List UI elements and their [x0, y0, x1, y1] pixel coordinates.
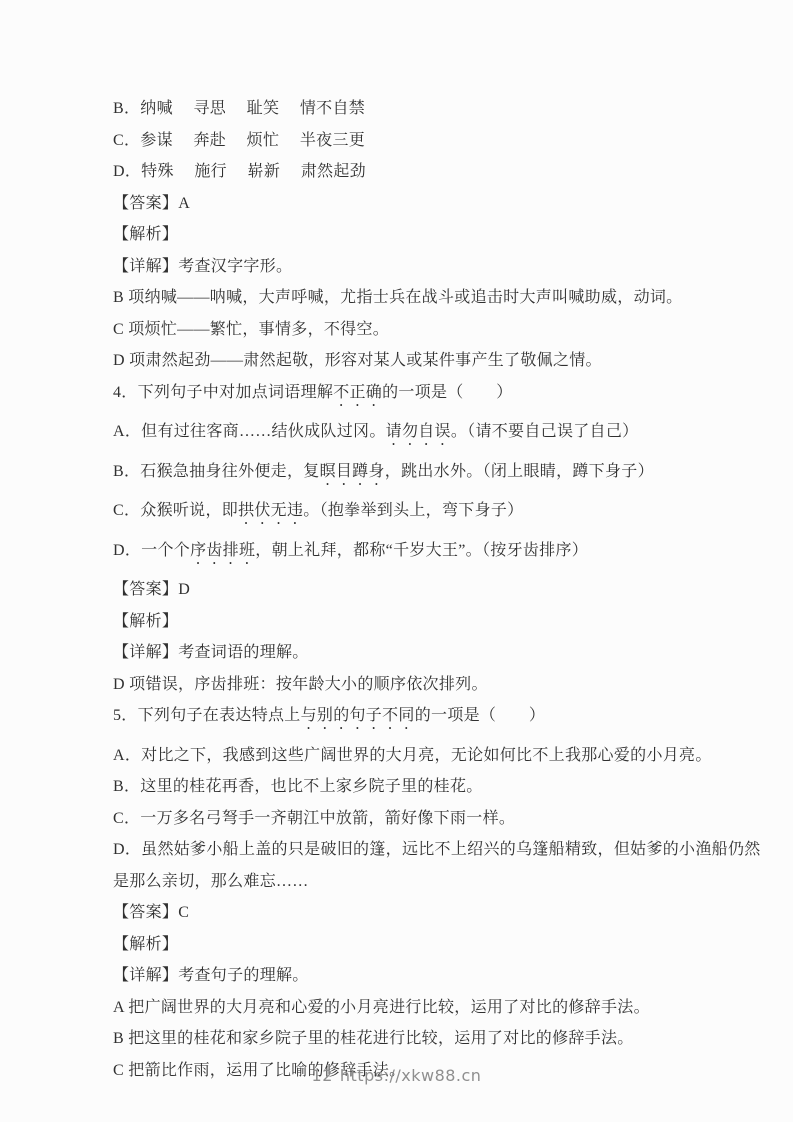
- text-run: C．参谋 奔赴 烦忙 半夜三更: [113, 132, 365, 149]
- text-run: D．特殊 施行 崭新 肃然起劲: [113, 163, 366, 180]
- text-run: A．但有过往客商……结伙成队过冈。: [113, 423, 386, 440]
- text-run: B．石猴急抽身往外便走，复: [113, 463, 320, 480]
- q4-detail: 【详解】考查词语的理解。: [113, 644, 781, 662]
- emphasized-text: 拱伏无违: [238, 502, 303, 519]
- text-run: B 把这里的桂花和家乡院子里的桂花进行比较，运用了对比的修辞手法。: [113, 1030, 634, 1047]
- q4-option-d: D．一个个序齿排班，朝上礼拜，都称“千岁大王”。（按牙齿排序）: [113, 542, 781, 568]
- text-run: B．这里的桂花再香，也比不上家乡院子里的桂花。: [113, 778, 483, 795]
- q3-answer: 【答案】A: [113, 195, 781, 213]
- text-run: 【解析】: [113, 613, 178, 630]
- text-run: C．一万多名弓弩手一齐朝江中放箭，箭好像下雨一样。: [113, 810, 515, 827]
- q4-option-b: B．石猴急抽身往外便走，复瞑目蹲身，跳出水外。（闭上眼睛，蹲下身子）: [113, 463, 781, 489]
- text-run: 的一项是（ ）: [382, 384, 512, 401]
- emphasized-text: 瞑目蹲身: [320, 463, 385, 480]
- footer-url: https://xkw88.cn: [340, 1066, 482, 1085]
- q5-option-b: B．这里的桂花再香，也比不上家乡院子里的桂花。: [113, 778, 781, 796]
- q5-explain-a: A 把广阔世界的大月亮和心爱的小月亮进行比较，运用了对比的修辞手法。: [113, 999, 781, 1017]
- text-run: A．对比之下，我感到这些广阔世界的大月亮，无论如何比不上我那心爱的小月亮。: [113, 747, 712, 764]
- q5-explain-b: B 把这里的桂花和家乡院子里的桂花进行比较，运用了对比的修辞手法。: [113, 1030, 781, 1048]
- q4-option-c: C．众猴听说，即拱伏无违。（抱拳举到头上，弯下身子）: [113, 502, 781, 528]
- text-run: 【解析】: [113, 226, 178, 243]
- text-run: D 项错误，序齿排班：按年龄大小的顺序依次排列。: [113, 676, 488, 693]
- text-run: 【答案】D: [113, 581, 190, 598]
- text-run: 【解析】: [113, 936, 178, 953]
- text-run: 【详解】考查词语的理解。: [113, 644, 309, 661]
- emphasized-text: 与别的句子不同: [301, 707, 415, 724]
- emphasized-text: 请勿自误: [386, 423, 451, 440]
- text-run: 。（请不要自己误了自己）: [451, 423, 639, 440]
- q5-analysis-label: 【解析】: [113, 936, 781, 954]
- q5-detail: 【详解】考查句子的理解。: [113, 967, 781, 985]
- text-run: 5．下列句子在表达特点上: [113, 707, 301, 724]
- q3-option-d: D．特殊 施行 崭新 肃然起劲: [113, 163, 781, 181]
- text-run: C．众猴听说，即: [113, 502, 238, 519]
- text-run: B 项纳喊——呐喊，大声呼喊，尤指士兵在战斗或追击时大声叫喊助威，动词。: [113, 289, 682, 306]
- q3-explain-d: D 项肃然起劲——肃然起敬，形容对某人或某件事产生了敬佩之情。: [113, 352, 781, 370]
- text-run: B．纳喊 寻思 耻笑 情不自禁: [113, 100, 365, 117]
- text-run: C 项烦忙——繁忙，事情多，不得空。: [113, 321, 389, 338]
- q3-detail: 【详解】考查汉字字形。: [113, 258, 781, 276]
- text-run: 的一项是（ ）: [415, 707, 545, 724]
- q4-explain-d: D 项错误，序齿排班：按年龄大小的顺序依次排列。: [113, 676, 781, 694]
- emphasized-text: 序齿排班: [190, 542, 255, 559]
- q5-stem: 5．下列句子在表达特点上与别的句子不同的一项是（ ）: [113, 707, 781, 733]
- q3-option-b: B．纳喊 寻思 耻笑 情不自禁: [113, 100, 781, 118]
- text-run: 4．下列句子中对加点词语理解: [113, 384, 333, 401]
- text-run: A 把广阔世界的大月亮和心爱的小月亮进行比较，运用了对比的修辞手法。: [113, 999, 650, 1016]
- q5-option-a: A．对比之下，我感到这些广阔世界的大月亮，无论如何比不上我那心爱的小月亮。: [113, 747, 781, 765]
- q3-analysis-label: 【解析】: [113, 226, 781, 244]
- page-footer: 12https://xkw88.cn: [0, 1066, 793, 1085]
- q4-analysis-label: 【解析】: [113, 613, 781, 631]
- q3-explain-c: C 项烦忙——繁忙，事情多，不得空。: [113, 321, 781, 339]
- emphasized-text: 不正确: [333, 384, 382, 401]
- q5-option-d: D．虽然姑爹小船上盖的只是破旧的篷，远比不上绍兴的乌篷船精致，但姑爹的小渔船仍然: [113, 841, 781, 859]
- text-run: 【答案】A: [113, 195, 190, 212]
- page-number: 12: [312, 1066, 333, 1085]
- text-run: ，朝上礼拜，都称“千岁大王”。（按牙齿排序）: [255, 542, 588, 559]
- q4-stem: 4．下列句子中对加点词语理解不正确的一项是（ ）: [113, 384, 781, 410]
- q3-option-c: C．参谋 奔赴 烦忙 半夜三更: [113, 132, 781, 150]
- q4-answer: 【答案】D: [113, 581, 781, 599]
- text-run: D．一个个: [113, 542, 190, 559]
- q5-option-d-cont: 是那么亲切，那么难忘……: [113, 873, 781, 891]
- q4-option-a: A．但有过往客商……结伙成队过冈。请勿自误。（请不要自己误了自己）: [113, 423, 781, 449]
- text-run: 【详解】考查汉字字形。: [113, 258, 292, 275]
- text-run: 【详解】考查句子的理解。: [113, 967, 309, 984]
- q5-option-c: C．一万多名弓弩手一齐朝江中放箭，箭好像下雨一样。: [113, 810, 781, 828]
- text-run: 。（抱拳举到头上，弯下身子）: [303, 502, 523, 519]
- text-run: 是那么亲切，那么难忘……: [113, 873, 309, 890]
- document-page: B．纳喊 寻思 耻笑 情不自禁C．参谋 奔赴 烦忙 半夜三更D．特殊 施行 崭新…: [0, 0, 793, 1122]
- text-run: D．虽然姑爹小船上盖的只是破旧的篷，远比不上绍兴的乌篷船精致，但姑爹的小渔船仍然: [113, 841, 761, 858]
- document-body: B．纳喊 寻思 耻笑 情不自禁C．参谋 奔赴 烦忙 半夜三更D．特殊 施行 崭新…: [113, 100, 781, 1093]
- q5-answer: 【答案】C: [113, 904, 781, 922]
- text-run: D 项肃然起劲——肃然起敬，形容对某人或某件事产生了敬佩之情。: [113, 352, 602, 369]
- q3-explain-b: B 项纳喊——呐喊，大声呼喊，尤指士兵在战斗或追击时大声叫喊助威，动词。: [113, 289, 781, 307]
- text-run: 【答案】C: [113, 904, 189, 921]
- text-run: ，跳出水外。（闭上眼睛，蹲下身子）: [385, 463, 654, 480]
